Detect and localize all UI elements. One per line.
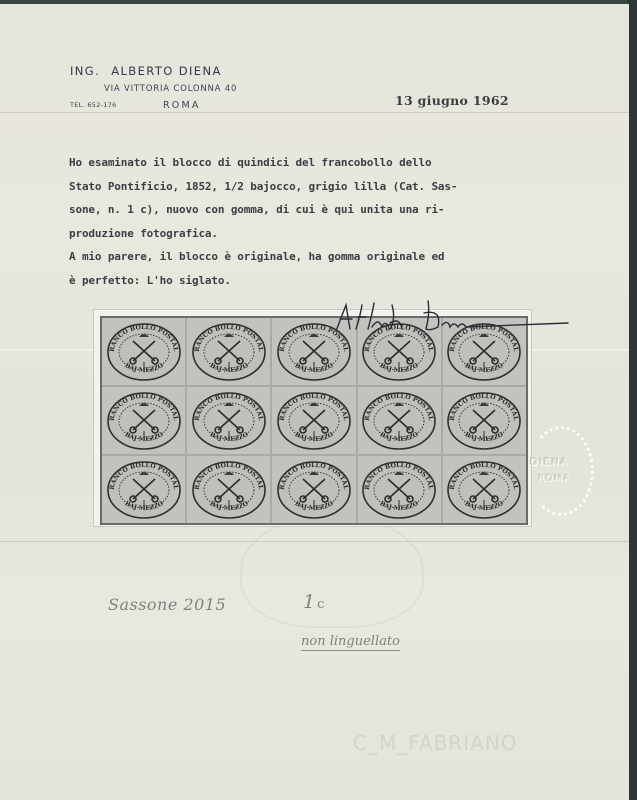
letterhead-phone: TEL. 652-176	[70, 101, 117, 109]
pencil-number: 1	[303, 591, 315, 613]
letterhead-name: Ing. Alberto Diena	[70, 64, 222, 78]
papal-keys-stamp-icon: FRANCO BOLLO POSTALE BAJ·MEZZO	[360, 390, 438, 452]
embossed-seal	[528, 426, 594, 516]
body-line: A mio parere, il blocco è originale, ha …	[69, 245, 589, 269]
emboss-seal-name: DIENA	[530, 457, 569, 468]
letterhead-city: ROMA	[163, 100, 201, 111]
papal-keys-stamp-icon: FRANCO BOLLO POSTALE BAJ·MEZZO	[105, 390, 183, 452]
pencil-condition-note: non linguellato	[301, 634, 400, 651]
signature-icon	[330, 299, 590, 339]
emboss-seal-city: ROMA	[538, 474, 571, 484]
stamp: FRANCO BOLLO POSTALE BAJ·MEZZO	[187, 318, 270, 385]
scan-right-edge	[628, 0, 637, 800]
stamp-grid: FRANCO BOLLO POSTALE BAJ·MEZZO FRANCO BO…	[100, 316, 528, 525]
stamp: FRANCO BOLLO POSTALE BAJ·MEZZO	[358, 456, 441, 523]
pencil-suffix: c	[317, 597, 324, 612]
stamp: FRANCO BOLLO POSTALE BAJ·MEZZO	[443, 456, 526, 523]
letterhead-person: Alberto Diena	[111, 64, 222, 78]
paper-watermark-emblem	[240, 514, 424, 628]
stamp: FRANCO BOLLO POSTALE BAJ·MEZZO	[272, 387, 355, 454]
papal-keys-stamp-icon: FRANCO BOLLO POSTALE BAJ·MEZZO	[190, 390, 268, 452]
body-line: è perfetto: L'ho siglato.	[69, 269, 589, 293]
stamp: FRANCO BOLLO POSTALE BAJ·MEZZO	[358, 387, 441, 454]
body-line: Stato Pontificio, 1852, 1/2 bajocco, gri…	[69, 175, 589, 199]
body-line: sone, n. 1 c), nuovo con gomma, di cui è…	[69, 198, 589, 222]
papal-keys-stamp-icon: FRANCO BOLLO POSTALE BAJ·MEZZO	[105, 321, 183, 383]
papal-keys-stamp-icon: FRANCO BOLLO POSTALE BAJ·MEZZO	[190, 459, 268, 521]
letterhead-title: Ing.	[70, 64, 100, 78]
paper-fold	[0, 112, 629, 113]
papal-keys-stamp-icon: FRANCO BOLLO POSTALE BAJ·MEZZO	[275, 390, 353, 452]
paper-watermark-text: C_M_FABRIANO	[353, 731, 517, 755]
stamp: FRANCO BOLLO POSTALE BAJ·MEZZO	[187, 456, 270, 523]
letterhead-address: VIA VITTORIA COLONNA 40	[104, 84, 237, 94]
stamp: FRANCO BOLLO POSTALE BAJ·MEZZO	[443, 387, 526, 454]
pencil-catalog-note: Sassone 2015	[108, 595, 226, 614]
body-line: Ho esaminato il blocco di quindici del f…	[69, 151, 589, 175]
papal-keys-stamp-icon: FRANCO BOLLO POSTALE BAJ·MEZZO	[445, 459, 523, 521]
papal-keys-stamp-icon: FRANCO BOLLO POSTALE BAJ·MEZZO	[445, 390, 523, 452]
stamp: FRANCO BOLLO POSTALE BAJ·MEZZO	[187, 387, 270, 454]
stamp: FRANCO BOLLO POSTALE BAJ·MEZZO	[272, 456, 355, 523]
stamp: FRANCO BOLLO POSTALE BAJ·MEZZO	[102, 387, 185, 454]
pencil-catalog-number: 1c	[303, 591, 324, 613]
papal-keys-stamp-icon: FRANCO BOLLO POSTALE BAJ·MEZZO	[360, 459, 438, 521]
papal-keys-stamp-icon: FRANCO BOLLO POSTALE BAJ·MEZZO	[105, 459, 183, 521]
body-line: produzione fotografica.	[69, 222, 589, 246]
stamp: FRANCO BOLLO POSTALE BAJ·MEZZO	[102, 318, 185, 385]
certificate-body: Ho esaminato il blocco di quindici del f…	[69, 151, 589, 292]
certificate-date: 13 giugno 1962	[395, 93, 509, 108]
certificate-page: Ing. Alberto Diena VIA VITTORIA COLONNA …	[0, 4, 629, 800]
stamp-block-photo: FRANCO BOLLO POSTALE BAJ·MEZZO FRANCO BO…	[93, 309, 532, 527]
papal-keys-stamp-icon: FRANCO BOLLO POSTALE BAJ·MEZZO	[190, 321, 268, 383]
papal-keys-stamp-icon: FRANCO BOLLO POSTALE BAJ·MEZZO	[275, 459, 353, 521]
stamp: FRANCO BOLLO POSTALE BAJ·MEZZO	[102, 456, 185, 523]
